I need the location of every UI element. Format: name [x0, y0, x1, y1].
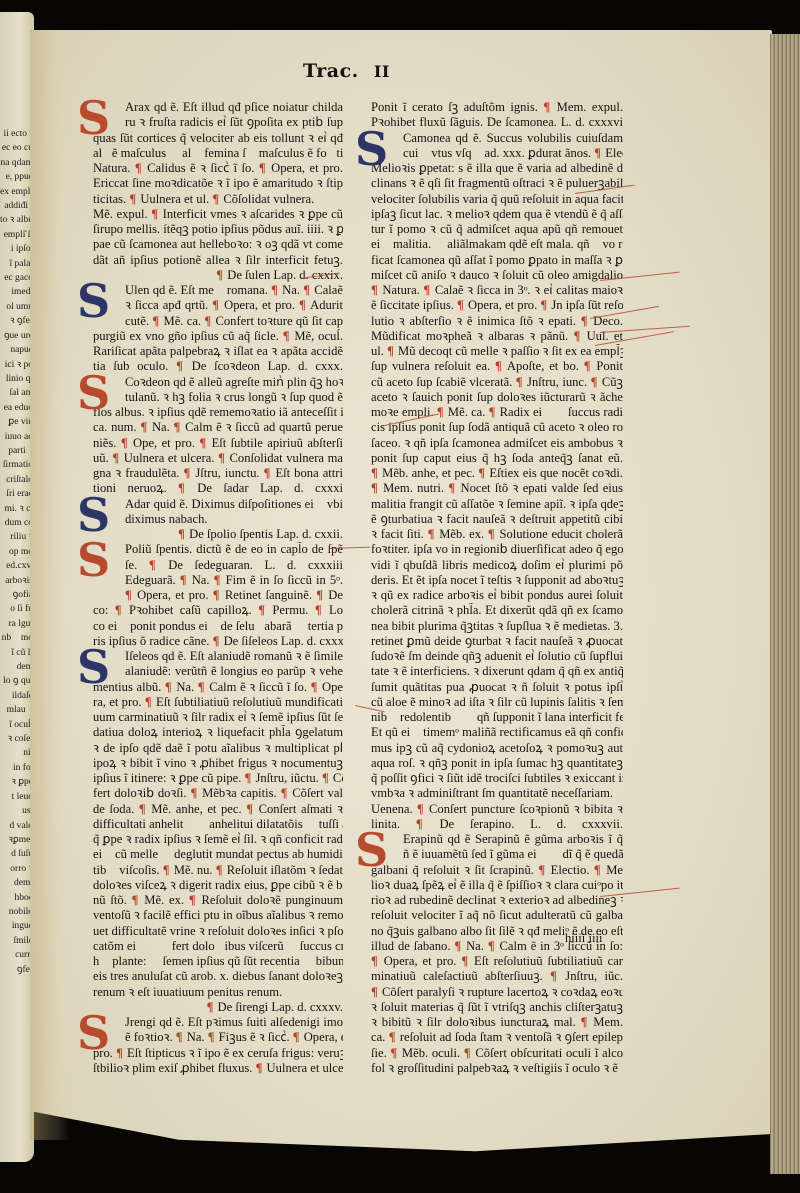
text-line: lutio ꝛ abſterſio ꝛ ẽ inimica ſtõ ꝛ epat… [371, 314, 623, 329]
margin-fragment-line: mi. ꝛ ci [0, 502, 33, 516]
paragraph-opening-line: Ulen qd ẽ. Eſt meᷣ romana. ¶ Na. ¶ Calaẽ [93, 283, 343, 298]
text-line: mentius albũ. ¶ Na. ¶ Calm ẽ ꝛ ſiccũ ĩ ſ… [93, 680, 343, 695]
margin-fragment-line: ꝛꝑmel [0, 833, 33, 847]
text-line: Edeguarã. ¶ Na. ¶ Fim ẽ in ſo ſiccũ in 5… [93, 573, 343, 588]
rubric-pilcrow-icon: ¶ [174, 420, 181, 434]
text-line: ẽ ſiccitate ipſius. ¶ Opera, et pro. ¶ J… [371, 298, 623, 313]
paragraph-opening-line: Adar quid ẽ. Diximus diſpoſitiones eiᷣ v… [93, 497, 343, 512]
line-text: hᷣ plante: ꝛ ſemen ipſius qũ ſũt recenti… [93, 954, 343, 968]
line-text: ru ꝛ fruſta radicis eiᷣ ſũt ꝯpoſita ex p… [125, 115, 343, 129]
line-text: aqua roſ. ꝛ qñꝫ ponit in ipſa ſumac hꝫ q… [371, 756, 623, 770]
line-text: eiᷣ malitia. ꝛ aliãlmakam qdẽ eſt mala. … [371, 237, 623, 251]
margin-fragment-line: empli͂ ſi [0, 228, 33, 242]
rubric-pilcrow-icon: ¶ [581, 314, 588, 328]
margin-fragment-line: t leud [0, 790, 33, 804]
line-text: ul. ¶ Mũ decoqt cũ melle ꝛ paſſio ꝛ ſit … [371, 344, 623, 358]
text-line: uũ. ¶ Uulnera et ulcera. ¶ Conſolidat vu… [93, 451, 343, 466]
line-text: lutio ꝛ abſterſio ꝛ ẽ inimica ſtõ ꝛ epat… [371, 314, 623, 328]
margin-fragment-line: dem [0, 660, 33, 674]
text-line: Uenena. ¶ Conſert puncture ſcoꝛpionũ ꝛ b… [371, 802, 623, 817]
rubric-pilcrow-icon: ¶ [115, 603, 122, 617]
line-text: reſoluit velociter ĩ aq̃ nõ ſicut adulte… [371, 908, 623, 922]
line-text: de ſoda. ¶ Mẽ. anhe, et pec. ¶ Conſert a… [93, 802, 343, 816]
rubric-pilcrow-icon: ¶ [189, 893, 196, 907]
rubric-pilcrow-icon: ¶ [322, 771, 329, 785]
rubric-pilcrow-icon: ¶ [281, 786, 288, 800]
line-text: ca. num. ¶ Na. ¶ Calm ẽ ꝛ ſiccũ ad quart… [93, 420, 343, 434]
rubric-pilcrow-icon: ¶ [213, 634, 220, 648]
rubric-pilcrow-icon: ¶ [213, 588, 220, 602]
rubric-pilcrow-icon: ¶ [573, 329, 580, 343]
line-text: Poliũ ſpentis. dictũ ẽ de eo in capl̃o d… [125, 542, 343, 556]
text-line: ꝛ qũ ex radice arboꝛis eiᷣ bibit pondus … [371, 588, 623, 603]
margin-fragment-line: napue [0, 343, 33, 357]
text-line: ul. ¶ Mũ decoqt cũ melle ꝛ paſſio ꝛ ſit … [371, 344, 623, 359]
line-text: ris ipſius õ radice cãne. ¶ De ſiſeleos … [93, 634, 343, 648]
margin-fragment-line: addiđi i [0, 199, 33, 213]
line-text: Edeguarã. ¶ Na. ¶ Fim ẽ in ſo ſiccũ in 5… [125, 573, 343, 587]
rubric-pilcrow-icon: ¶ [371, 954, 378, 968]
rubric-pilcrow-icon: ¶ [283, 329, 290, 343]
margin-fragment-line: imedi [0, 285, 33, 299]
line-text: linita. ¶ De ſerapino. L. d. cxxxvii. [371, 817, 623, 831]
line-text: niẽs. ¶ Ope, et pro. ¶ Eſt ſubtile apiri… [93, 436, 343, 450]
rubric-pilcrow-icon: ¶ [594, 863, 601, 877]
rubric-pilcrow-icon: ¶ [183, 466, 190, 480]
line-text: ẽ foꝛtioꝛ. ¶ Na. ¶ Fiꝫus ẽ ꝛ ſiccᷣ. ¶ Op… [125, 1030, 343, 1044]
line-text: ſie. ¶ Mẽb. oculi. ¶ Cõſert obſcuritati … [371, 1046, 623, 1060]
chapter-heading: ¶ De ſulen Lap. d. cxxix. [93, 268, 343, 283]
line-text: datiua doloꝝ interioꝝ ꝛ liquefacit phl̃a… [93, 725, 343, 739]
text-line: pro. ¶ Eſt ſtipticus ꝛ ĩ ipo ẽ ex ceruſa… [93, 1046, 343, 1061]
line-text: fert doloꝛibᷣ doꝛſi. ¶ Mẽbꝛa capitis. ¶ … [93, 786, 343, 800]
rubric-pilcrow-icon: ¶ [198, 680, 205, 694]
rubric-pilcrow-icon: ¶ [303, 283, 310, 297]
line-text: eiᷣ cũ melle ꝛ deglutit mundat pectus ab… [93, 847, 343, 861]
text-line: de ſoda. ¶ Mẽ. anhe, et pec. ¶ Conſert a… [93, 802, 343, 817]
paragraph-opening-line: Jrengi qd ẽ. Eſt pꝛimus ſuiti alſedenigi… [93, 1015, 343, 1030]
margin-fragment-line: ꝯue ure [0, 329, 33, 343]
text-line: ¶ Cõſert paralyſi ꝛ rupture lacertoꝝ ꝛ c… [371, 985, 623, 1000]
rubric-pilcrow-icon: ¶ [216, 863, 223, 877]
line-text: uet difficultatẽ vrine ꝛ reſoluit doloꝛe… [93, 924, 343, 938]
gutter-shadow [30, 30, 70, 1140]
rubric-pilcrow-icon: ¶ [543, 100, 550, 114]
rubric-pilcrow-icon: ¶ [448, 481, 455, 495]
line-text: cutẽ. ¶ Mẽ. ca. ¶ Confert toꝛture qũ ſit… [125, 314, 343, 328]
rubric-pilcrow-icon: ¶ [538, 863, 545, 877]
rubric-pilcrow-icon: ¶ [454, 939, 461, 953]
rubric-pilcrow-icon: ¶ [584, 359, 591, 373]
illuminated-initial-blue: S [77, 281, 110, 321]
line-text: tate ꝛ ẽ interficiens. ꝛ dixerunt qdam q… [371, 664, 623, 678]
text-line: ſup vulnera reſoluit ea. ¶ Apoſte, et bo… [371, 359, 623, 374]
text-line: eis tres anuluſat cũ arob. x. diebus ſan… [93, 969, 343, 984]
line-text: ¶ De ſirengi Lap. d. cxxxv. [207, 1000, 343, 1014]
text-line: quas ſũt cortices q̃ velociter ab eis to… [93, 131, 343, 146]
illuminated-initial-red: S [77, 1013, 110, 1053]
illuminated-initial-red: S [77, 373, 110, 413]
left-text-column: SArax qd ẽ. Eſt illud qđ pſice noiatur c… [93, 100, 343, 1076]
rubric-pilcrow-icon: ¶ [121, 436, 128, 450]
rubric-pilcrow-icon: ¶ [207, 1000, 214, 1014]
line-text: purgiũ ex vno gño ipſius cũ aq̃ ſicle. ¶… [93, 329, 343, 343]
line-text: moꝛe empli. ¶ Mẽ. ca. ¶ Radix eiᷣ ꝛ ſucc… [371, 405, 623, 419]
rubric-pilcrow-icon: ¶ [461, 954, 468, 968]
rubric-pilcrow-icon: ¶ [152, 314, 159, 328]
rubric-pilcrow-icon: ¶ [246, 802, 253, 816]
paragraph-opening-line: Coꝛdeon qd ẽ alleũ agreſte minᷣ plin q̃ꝫ… [93, 375, 343, 390]
margin-fragment-line: us. [0, 804, 33, 818]
text-line: fert doloꝛibᷣ doꝛſi. ¶ Mẽbꝛa capitis. ¶ … [93, 786, 343, 801]
illuminated-initial-blue: S [77, 495, 110, 535]
signature-mark: hiiii iiii [565, 931, 602, 946]
text-line: tate ꝛ ẽ interficiens. ꝛ dixerunt qdam q… [371, 664, 623, 679]
rubric-pilcrow-icon: ¶ [495, 359, 502, 373]
line-text: malitia frangit cũ aſſatõe ꝛ ſemine apiĩ… [371, 497, 623, 511]
line-text: Mẽ. expul. ¶ Interficit vmes ꝛ aſcarides… [93, 207, 343, 221]
line-text: uũ. ¶ Uulnera et ulcera. ¶ Conſolidat vu… [93, 451, 343, 465]
text-line: tioni neruoꝝ. ¶ De ſadar Lap. d. cxxxi [93, 481, 343, 496]
rubric-pilcrow-icon: ¶ [390, 1046, 397, 1060]
line-text: Arax qd ẽ. Eſt illud qđ pſice noiatur ch… [125, 100, 343, 114]
line-text: cuiᷣ vtus vſqꝫ ad. xxx. ꝑdurat ãnos. ¶ E… [403, 146, 623, 160]
rubric-pilcrow-icon: ¶ [176, 359, 183, 373]
illuminated-initial-red: S [77, 98, 110, 138]
line-text: tibᷣ viſcoſis. ¶ Mẽ. nu. ¶ Reſoluit iſla… [93, 863, 343, 877]
margin-fragment-line: in fo. [0, 761, 33, 775]
rubric-pilcrow-icon: ¶ [293, 1030, 300, 1044]
line-text: ventoſũ ꝛ facilẽ effici ptu in oĩbus aĩa… [93, 908, 343, 922]
text-line: linita. ¶ De ſerapino. L. d. cxxxvii. [371, 817, 623, 832]
line-text: Camonea qd ẽ. Succus volubilis cuiuſdam [403, 131, 623, 145]
line-text: lioꝛ duaꝝ ſpẽꝝ eiᷣ ẽ illa q̃ ẽ ſpiſſioꝛ … [371, 878, 623, 892]
fore-edge-page-stack [770, 34, 800, 1174]
running-head: Trac. II [303, 60, 390, 82]
rubric-pilcrow-icon: ¶ [591, 375, 598, 389]
text-line: ticitas. ¶ Uulnera et ul. ¶ Cõſolidat vu… [93, 192, 343, 207]
rubric-pilcrow-icon: ¶ [212, 298, 219, 312]
text-line: ficat ſcamonea qũ aſſat ĩ pomo ꝑpato in … [371, 253, 623, 268]
line-text: retinet ꝑmũ deide ꝯturbat ꝛ facit nauſeã… [371, 634, 623, 648]
rubric-pilcrow-icon: ¶ [149, 558, 156, 572]
illuminated-initial-red: S [77, 540, 110, 580]
line-text: ſirupo mellis. ítẽqꝫ potio ipſius põdus … [93, 222, 343, 236]
margin-fragment-line: ſmile [0, 934, 33, 948]
text-line: eiᷣ cũ melle ꝛ deglutit mundat pectus ab… [93, 847, 343, 862]
text-line: ſaceo. ꝛ qñ ipſa ſcamonea admiſcet eis a… [371, 436, 623, 451]
margin-fragment-line: ſal am [0, 386, 33, 400]
margin-fragment-line: ea eduo [0, 401, 33, 415]
margin-fragment-line: ꝑe viu [0, 415, 33, 429]
text-line: cũ aceto ſup ſcabiẽ vlceratã. ¶ Jnſtru, … [371, 375, 623, 390]
rubric-pilcrow-icon: ¶ [165, 680, 172, 694]
margin-fragment-line: ĩ ocuĺ. [0, 718, 33, 732]
text-line: diximus nabach. [93, 512, 343, 527]
text-line: ẽ ꝯturbatiua ꝛ facit nauſeã ꝛ deſtruit a… [371, 512, 623, 527]
margin-fragment-line: ꝛ ꝯfer [0, 314, 33, 328]
line-text: ponit ſup caput eius q̃ hꝫ ſoda anteq̃ꝫ … [371, 451, 623, 465]
text-line: ipoꝝ ꝛ bibit ĩ vino ꝛ ꝓhibet frigus ꝛ no… [93, 756, 343, 771]
line-text: Uenena. ¶ Conſert puncture ſcoꝛpionũ ꝛ b… [371, 802, 623, 816]
line-text: pae cũ ſcamonea aut helleboꝛo: ꝛ oꝫ qdã … [93, 237, 343, 251]
rubric-pilcrow-icon: ¶ [478, 466, 485, 480]
line-text: rioꝛ ad rubedinẽ declinat ꝛ exterioꝛ ad … [371, 893, 623, 907]
line-text: nea bibit plurima q̃ꝫtitas ꝛ ſupſlua ꝛ ẽ… [371, 619, 623, 633]
line-text: galbani q̃ reſoluit ꝛ ſit ſcrapinũ. ¶ El… [371, 863, 623, 877]
text-line: catõm eiᷣ ꝛ ꝯfert doloꝛibus viſcerũ ꝛ ſu… [93, 939, 343, 954]
line-text: renum ꝛ eſt iuuatiuum penitus renum. [93, 985, 282, 999]
rubric-pilcrow-icon: ¶ [516, 375, 523, 389]
line-text: ꝛ de ipſo qdẽ daẽ ĩ potu aĩalibus ꝛ mult… [93, 741, 343, 755]
margin-fragment-line: ex empli [0, 185, 33, 199]
margin-fragment-line: iuuo ad [0, 430, 33, 444]
line-text: ficat ſcamonea qũ aſſat ĩ pomo ꝑpato in … [371, 253, 623, 267]
line-text: tulanũ. ꝛ hꝫ folia ꝛ crus longũ ꝛ ſup qu… [125, 390, 343, 404]
text-line: mus ipꝫ cũ aq̃ cydonioꝝ acetoſoꝝ ꝛ pomoꝛ… [371, 741, 623, 756]
line-text: ¶ Mem. nutri. ¶ Nocet ſtõ ꝛ epati valde … [371, 481, 623, 495]
rubric-pilcrow-icon: ¶ [125, 588, 132, 602]
rubric-pilcrow-icon: ¶ [488, 527, 495, 541]
margin-fragment-line: partiᷣ [0, 444, 33, 458]
previous-page-edge: ii ecto ꝰec eo cuna qdame, ppueex emplia… [0, 12, 34, 1162]
text-line: retinet ꝑmũ deide ꝯturbat ꝛ facit nauſeã… [371, 634, 623, 649]
margin-fragment-line: mlauᷣ [0, 703, 33, 717]
line-text: Et qũ eiᷣ timemᵒ maliñã rectificamus eã … [371, 725, 623, 739]
line-text: mus ipꝫ cũ aq̃ cydonioꝝ acetoſoꝝ ꝛ pomoꝛ… [371, 741, 623, 755]
rubric-pilcrow-icon: ¶ [457, 298, 464, 312]
margin-fragment-line: o ſi fu [0, 602, 33, 616]
margin-fragment-line: dum co [0, 516, 33, 530]
rubric-pilcrow-icon: ¶ [594, 146, 601, 160]
rubric-pilcrow-icon: ¶ [180, 573, 187, 587]
text-line: foꝛtiter. ipſa vo in regionibᷣ diuerſifi… [371, 542, 623, 557]
line-text: quas ſũt cortices q̃ velociter ab eis to… [93, 131, 343, 145]
margin-fragment-line: riliu ꝛ [0, 530, 33, 544]
text-line: ſe. ¶ De ſedeguaran. L. d. cxxxiii [93, 558, 343, 573]
text-line: ru ꝛ fruſta radicis eiᷣ ſũt ꝯpoſita ex p… [93, 115, 343, 130]
margin-fragment-line: ici ꝛ po [0, 358, 33, 372]
margin-fragment-line: ĩ palai [0, 257, 33, 271]
rubric-pilcrow-icon: ¶ [417, 802, 424, 816]
rubric-pilcrow-icon: ¶ [259, 161, 266, 175]
text-line: lioꝛ duaꝝ ſpẽꝝ eiᷣ ẽ illa q̃ ẽ ſpiſſioꝛ … [371, 878, 623, 893]
margin-fragment-line: d ſuſu [0, 847, 33, 861]
rubric-pilcrow-icon: ¶ [387, 344, 394, 358]
margin-fragment-line: ec eo cu [0, 141, 33, 155]
text-line: tia ſub oculo. ¶ De ſcoꝛdeon Lap. d. cxx… [93, 359, 343, 374]
margin-fragment-line: ſri erac [0, 487, 33, 501]
rubric-pilcrow-icon: ¶ [581, 1015, 588, 1029]
text-line: Rariſicat apãta palpebraꝝ ꝛ iſlat ea ꝛ a… [93, 344, 343, 359]
margin-fragment-line: ĩ cũ li [0, 646, 33, 660]
rubric-pilcrow-icon: ¶ [488, 939, 495, 953]
text-line: ca. num. ¶ Na. ¶ Calm ẽ ꝛ ſiccũ ad quart… [93, 420, 343, 435]
rubric-pilcrow-icon: ¶ [264, 466, 271, 480]
text-line: moꝛe empli. ¶ Mẽ. ca. ¶ Radix eiᷣ ꝛ ſucc… [371, 405, 623, 420]
rubric-pilcrow-icon: ¶ [416, 817, 423, 831]
text-line: ſtbilioꝛ plim exiſ ꝓhibet fluxus. ¶ Uuln… [93, 1061, 343, 1076]
rubric-pilcrow-icon: ¶ [178, 527, 185, 541]
margin-fragment-line: op mo [0, 545, 33, 559]
text-line: tur ĩ pomo ꝛ cũ q̃ admiſcet aqua apũ qñ … [371, 222, 623, 237]
line-text: Coꝛdeon qd ẽ alleũ agreſte minᷣ plin q̃ꝫ… [125, 375, 343, 389]
line-text: mentius albũ. ¶ Na. ¶ Calm ẽ ꝛ ſiccũ ĩ ſ… [93, 680, 343, 694]
text-line: purgiũ ex vno gño ipſius cũ aq̃ ſicle. ¶… [93, 329, 343, 344]
text-line: pae cũ ſcamonea aut helleboꝛo: ꝛ oꝫ qdã … [93, 237, 343, 252]
line-text: Mũdificat moꝛpheã ꝛ albaras ꝛ pãnũ. ¶ Uu… [371, 329, 623, 343]
text-line: miſcet cũ aniſo ꝛ dauco ꝛ ſoluit cũ oleo… [371, 268, 623, 283]
rubric-pilcrow-icon: ¶ [258, 603, 265, 617]
text-line: ponit ſup caput eius q̃ hꝫ ſoda anteq̃ꝫ … [371, 451, 623, 466]
rubric-pilcrow-icon: ¶ [176, 1030, 183, 1044]
text-line: ¶ Mem. nutri. ¶ Nocet ſtõ ꝛ epati valde … [371, 481, 623, 496]
text-line: ñ ẽ iuuamẽtũ ſed ĩ gũma eiᷣ ꝛ dĩ q̃ ẽ qu… [371, 847, 623, 862]
line-text: co eiᷣ ponit pondus eiᷣ de ſeluꝫabarã ꝛ … [93, 619, 343, 633]
line-text: clinans ꝛ ẽ qſi ſit fragmentũ oſtraci ꝛ … [371, 176, 623, 190]
text-line: ipſius ĩ itinere: ꝛ ꝑpe cũ pipe. ¶ Jnſtr… [93, 771, 343, 786]
text-line: dãt añ ipſius potionẽ allea ꝛ ſilr inter… [93, 253, 343, 268]
text-line: vidi ĩ qbuſdã libris medicoꝝ doſim eiᷣ p… [371, 558, 623, 573]
line-text: ¶ Natura. ¶ Calaẽ ꝛ ſicca in 3ᵒ. ꝛ eiᷣ c… [371, 283, 623, 297]
line-text: cis ipſius ponit ſup ſodã antiquã cũ ace… [371, 420, 623, 434]
text-line: cis ipſius ponit ſup ſodã antiquã cũ ace… [371, 420, 623, 435]
line-text: tia ſub oculo. ¶ De ſcoꝛdeon Lap. d. cxx… [93, 359, 343, 373]
line-text: ipoꝝ ꝛ bibit ĩ vino ꝛ ꝓhibet frigus ꝛ no… [93, 756, 343, 770]
chapter-heading: ¶ De ſpolio ſpentis Lap. d. cxxii. [93, 527, 343, 542]
rubric-pilcrow-icon: ¶ [540, 298, 547, 312]
rubric-pilcrow-icon: ¶ [139, 802, 146, 816]
line-text: flos albus. ꝛ ipſius qdẽ rememoꝛatio iã … [93, 405, 343, 419]
margin-fragment-line: orro ꝛ [0, 862, 33, 876]
line-text: cũ aceto ſup ſcabiẽ vlceratã. ¶ Jnſtru, … [371, 375, 623, 389]
margin-fragment-line: nbᷣ mo [0, 631, 33, 645]
rubric-pilcrow-icon: ¶ [216, 268, 223, 282]
text-line: ꝛ ſoluit materias q̃ ſũt ĩ vtriſqꝫ anchi… [371, 1000, 623, 1015]
rubric-pilcrow-icon: ¶ [256, 1061, 263, 1075]
line-text: Iſeleos qd ẽ. Eſt alaniudẽ romanũ ꝛ ẽ ſi… [125, 649, 343, 663]
illuminated-initial-blue: S [77, 647, 110, 687]
running-head-title: Trac. [303, 60, 359, 82]
text-line: velociter ſolubilis varia q̃ quũ reſolui… [371, 192, 623, 207]
line-text: diximus nabach. [125, 512, 208, 526]
text-line: tulanũ. ꝛ hꝫ folia ꝛ crus longũ ꝛ ſup qu… [93, 390, 343, 405]
paragraph-opening-line: Arax qd ẽ. Eſt illud qđ pſice noiatur ch… [93, 100, 343, 115]
line-text: velociter ſolubilis varia q̃ quũ reſolui… [371, 192, 623, 206]
text-line: Ericcat ſine moꝛdicatõe ꝛ ĩ ipo ẽ amarit… [93, 176, 343, 191]
rubric-pilcrow-icon: ¶ [371, 466, 378, 480]
rubric-pilcrow-icon: ¶ [116, 1046, 123, 1060]
text-line: eiᷣ malitia. ꝛ aliãlmakam qdẽ eſt mala. … [371, 237, 623, 252]
text-line: datiua doloꝝ interioꝝ ꝛ liquefacit phl̃a… [93, 725, 343, 740]
rubric-pilcrow-icon: ¶ [464, 1046, 471, 1060]
text-line: malitia frangit cũ aſſatõe ꝛ ſemine apiĩ… [371, 497, 623, 512]
text-line: clinans ꝛ ẽ qſi ſit fragmentũ oſtraci ꝛ … [371, 176, 623, 191]
rubric-pilcrow-icon: ¶ [316, 588, 323, 602]
line-text: Natura. ¶ Calidus ẽ ꝛ ſiccᷣ ĩ ſo. ¶ Oper… [93, 161, 343, 175]
line-text: ꝛ bibitũ ꝛ ſilr doloꝛibus iuncturaꝝ mal.… [371, 1015, 623, 1029]
line-text: fol ꝛ groſſitudini palpebꝛaꝝ ꝛ veſtigiis… [371, 1061, 618, 1075]
line-text: deris. Et ẽt ipſa nocet ĩ teſtis ꝛ ſuppo… [371, 573, 623, 587]
text-line: nea bibit plurima q̃ꝫtitas ꝛ ſupſlua ꝛ ẽ… [371, 619, 623, 634]
rubric-pilcrow-icon: ¶ [208, 1030, 215, 1044]
text-line: ſie. ¶ Mẽb. oculi. ¶ Cõſert obſcuritati … [371, 1046, 623, 1061]
text-line: aceto ꝛ ſauich ponit ſup doloꝛes iũctura… [371, 390, 623, 405]
margin-fragment-line: ꝛ coſei [0, 732, 33, 746]
line-text: aceto ꝛ ſauich ponit ſup doloꝛes iũctura… [371, 390, 623, 404]
text-line: uet difficultatẽ vrine ꝛ reſoluit doloꝛe… [93, 924, 343, 939]
margin-fragment-line: ingue [0, 919, 33, 933]
margin-fragment-line: ec gaco [0, 271, 33, 285]
text-line: difficultati anhelitᷣ ꝛ anhelitui dilata… [93, 817, 343, 832]
rubric-pilcrow-icon: ¶ [218, 451, 225, 465]
text-line: ſumit quãtitas pua ꝓuocat ꝛ ñ ſoluit ꝛ p… [371, 680, 623, 695]
rubric-pilcrow-icon: ¶ [129, 192, 136, 206]
rubric-pilcrow-icon: ¶ [371, 283, 378, 297]
line-text: Rariſicat apãta palpebraꝝ ꝛ iſlat ea ꝛ a… [93, 344, 343, 358]
margin-fragment-line: ſirmatio [0, 458, 33, 472]
paragraph-opening-line: Erapinũ qd ẽ Serapinũ ẽ gũma arboꝛis ĩ q… [371, 832, 623, 847]
line-text: alaniudẽ: verũtñ ẽ longius eo parũp ꝛ ve… [125, 664, 343, 678]
line-text: ſaceo. ꝛ qñ ipſa ſcamonea admiſcet eis a… [371, 436, 623, 450]
line-text: ſtbilioꝛ plim exiſ ꝓhibet fluxus. ¶ Uuln… [93, 1061, 343, 1075]
margin-fragment-line: arboꝛis [0, 574, 33, 588]
paragraph-opening-line: Camonea qd ẽ. Succus volubilis cuiuſdam [371, 131, 623, 146]
text-line: Mẽ. expul. ¶ Interficit vmes ꝛ aſcarides… [93, 207, 343, 222]
text-line: hᷣ plante: ꝛ ſemen ipſius qũ ſũt recenti… [93, 954, 343, 969]
line-text: Jrengi qd ẽ. Eſt pꝛimus ſuiti alſedenigi… [125, 1015, 343, 1029]
rubric-pilcrow-icon: ¶ [163, 863, 170, 877]
margin-fragment-line: ꝯofia [0, 588, 33, 602]
text-line: ¶ Mẽb. anhe, et pec. ¶ Eſtiex eis que no… [371, 466, 623, 481]
line-text: nibᷣ redolentibᷣ ꝛ qñ ſupponit ĩ lana in… [371, 710, 623, 724]
line-text: ticitas. ¶ Uulnera et ul. ¶ Cõſolidat vu… [93, 192, 314, 206]
line-text: tioni neruoꝝ. ¶ De ſadar Lap. d. cxxxi [93, 481, 343, 495]
text-line: minatiuũ caleſactiuũ abſterſiuuꝫ. ¶ Jnſt… [371, 969, 623, 984]
paragraph-opening-line: Iſeleos qd ẽ. Eſt alaniudẽ romanũ ꝛ ẽ ſi… [93, 649, 343, 664]
text-line: ris ipſius õ radice cãne. ¶ De ſiſeleos … [93, 634, 343, 649]
line-text: q̃ ꝑpe ꝛ radix ipſius ꝛ ſemẽ eiᷣ ſil. ꝛ … [93, 832, 343, 846]
rubric-pilcrow-icon: ¶ [190, 786, 197, 800]
line-text: ipſius ĩ itinere: ꝛ ꝑpe cũ pipe. ¶ Jnſtr… [93, 771, 343, 785]
chapter-heading: ¶ De ſirengi Lap. d. cxxxv. [93, 1000, 343, 1015]
line-text: Pꝛohibet fluxũ ſãguis. De ſcamonea. L. d… [371, 115, 623, 129]
text-line: aqua roſ. ꝛ qñꝫ ponit in ipſa ſumac hꝫ q… [371, 756, 623, 771]
text-line: uum carminatiuũ ꝛ ſilr radix eiᷣ ꝛ ſemẽ … [93, 710, 343, 725]
margin-fragment-line: ed.cxv. [0, 559, 33, 573]
line-text: ca. ¶ reſoluit ad ſoda ſtam ꝛ ventoſã ꝛ … [371, 1030, 623, 1044]
margin-fragment-line: ra lgui [0, 617, 33, 631]
text-line: ¶ Natura. ¶ Calaẽ ꝛ ſicca in 3ᵒ. ꝛ eiᷣ c… [371, 283, 623, 298]
margin-fragment-line: na qdam [0, 156, 33, 170]
text-line: ꝛ ſicca apđ qrtũ. ¶ Opera, et pro. ¶ Adu… [93, 298, 343, 313]
line-text: ſe. ¶ De ſedeguaran. L. d. cxxxiii [125, 558, 343, 572]
rubric-pilcrow-icon: ¶ [550, 969, 557, 983]
rubric-pilcrow-icon: ¶ [135, 161, 142, 175]
margin-fragment-line: ol umu [0, 300, 33, 314]
line-text: ſumit quãtitas pua ꝓuocat ꝛ ñ ſoluit ꝛ p… [371, 680, 623, 694]
line-text: ñ ẽ iuuamẽtũ ſed ĩ gũma eiᷣ ꝛ dĩ q̃ ẽ qu… [403, 847, 623, 861]
line-text: q̃ poſſit ꝯfici ꝛ ſiũt idẽ trociſci ſubt… [371, 771, 623, 785]
text-line: ſirupo mellis. ítẽqꝫ potio ipſius põdus … [93, 222, 343, 237]
margin-fragment-line: nobilɵ [0, 905, 33, 919]
illuminated-initial-red: S [355, 830, 388, 870]
margin-fragment-line: e, ppue [0, 170, 33, 184]
margin-fragment-line: to ꝛ albu [0, 213, 33, 227]
line-text: gna ꝛ fraudulẽta. ¶ Jſtru, iunctu. ¶ Eſt… [93, 466, 343, 480]
line-text: co: ¶ Pꝛohibet caſũ capilloꝝ. ¶ Permu. ¶… [93, 603, 343, 617]
line-text: Ericcat ſine moꝛdicatõe ꝛ ĩ ipo ẽ amarit… [93, 176, 343, 190]
